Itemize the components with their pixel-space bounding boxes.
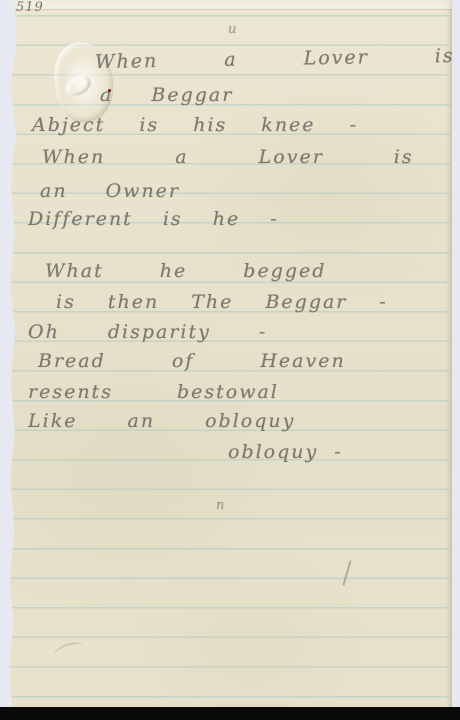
pencil-squiggle-top: u <box>228 22 238 37</box>
poem-line-5: an Owner <box>40 180 180 202</box>
pencil-squiggle-mid: n <box>216 498 226 513</box>
poem-line-9: Oh disparity - <box>28 321 267 343</box>
poem-line-11: resents bestowal <box>28 381 279 403</box>
poem-line-7: What he begged <box>45 260 326 282</box>
poem-line-12: Like an obloquy <box>28 410 295 432</box>
photo-bottom-border <box>0 707 460 720</box>
paper-top-edge-line <box>7 9 452 10</box>
poem-line-3: Abject is his knee - <box>32 114 358 136</box>
poem-line-10: Bread of Heaven <box>38 350 346 372</box>
page-number: 519 <box>16 0 44 15</box>
poem-line-6: Different is he - <box>28 208 279 230</box>
paper-top-edge <box>7 0 452 9</box>
poem-line-13: obloquy - <box>228 441 343 463</box>
red-ink-dot <box>108 89 111 92</box>
poem-line-4: When a Lover is <box>42 146 414 168</box>
poem-line-8: is then The Beggar - <box>56 291 388 313</box>
poem-line-2: a Beggar <box>100 84 233 106</box>
manuscript-photo: 519 u n When a Lover is a Beggar Abject … <box>0 0 460 720</box>
